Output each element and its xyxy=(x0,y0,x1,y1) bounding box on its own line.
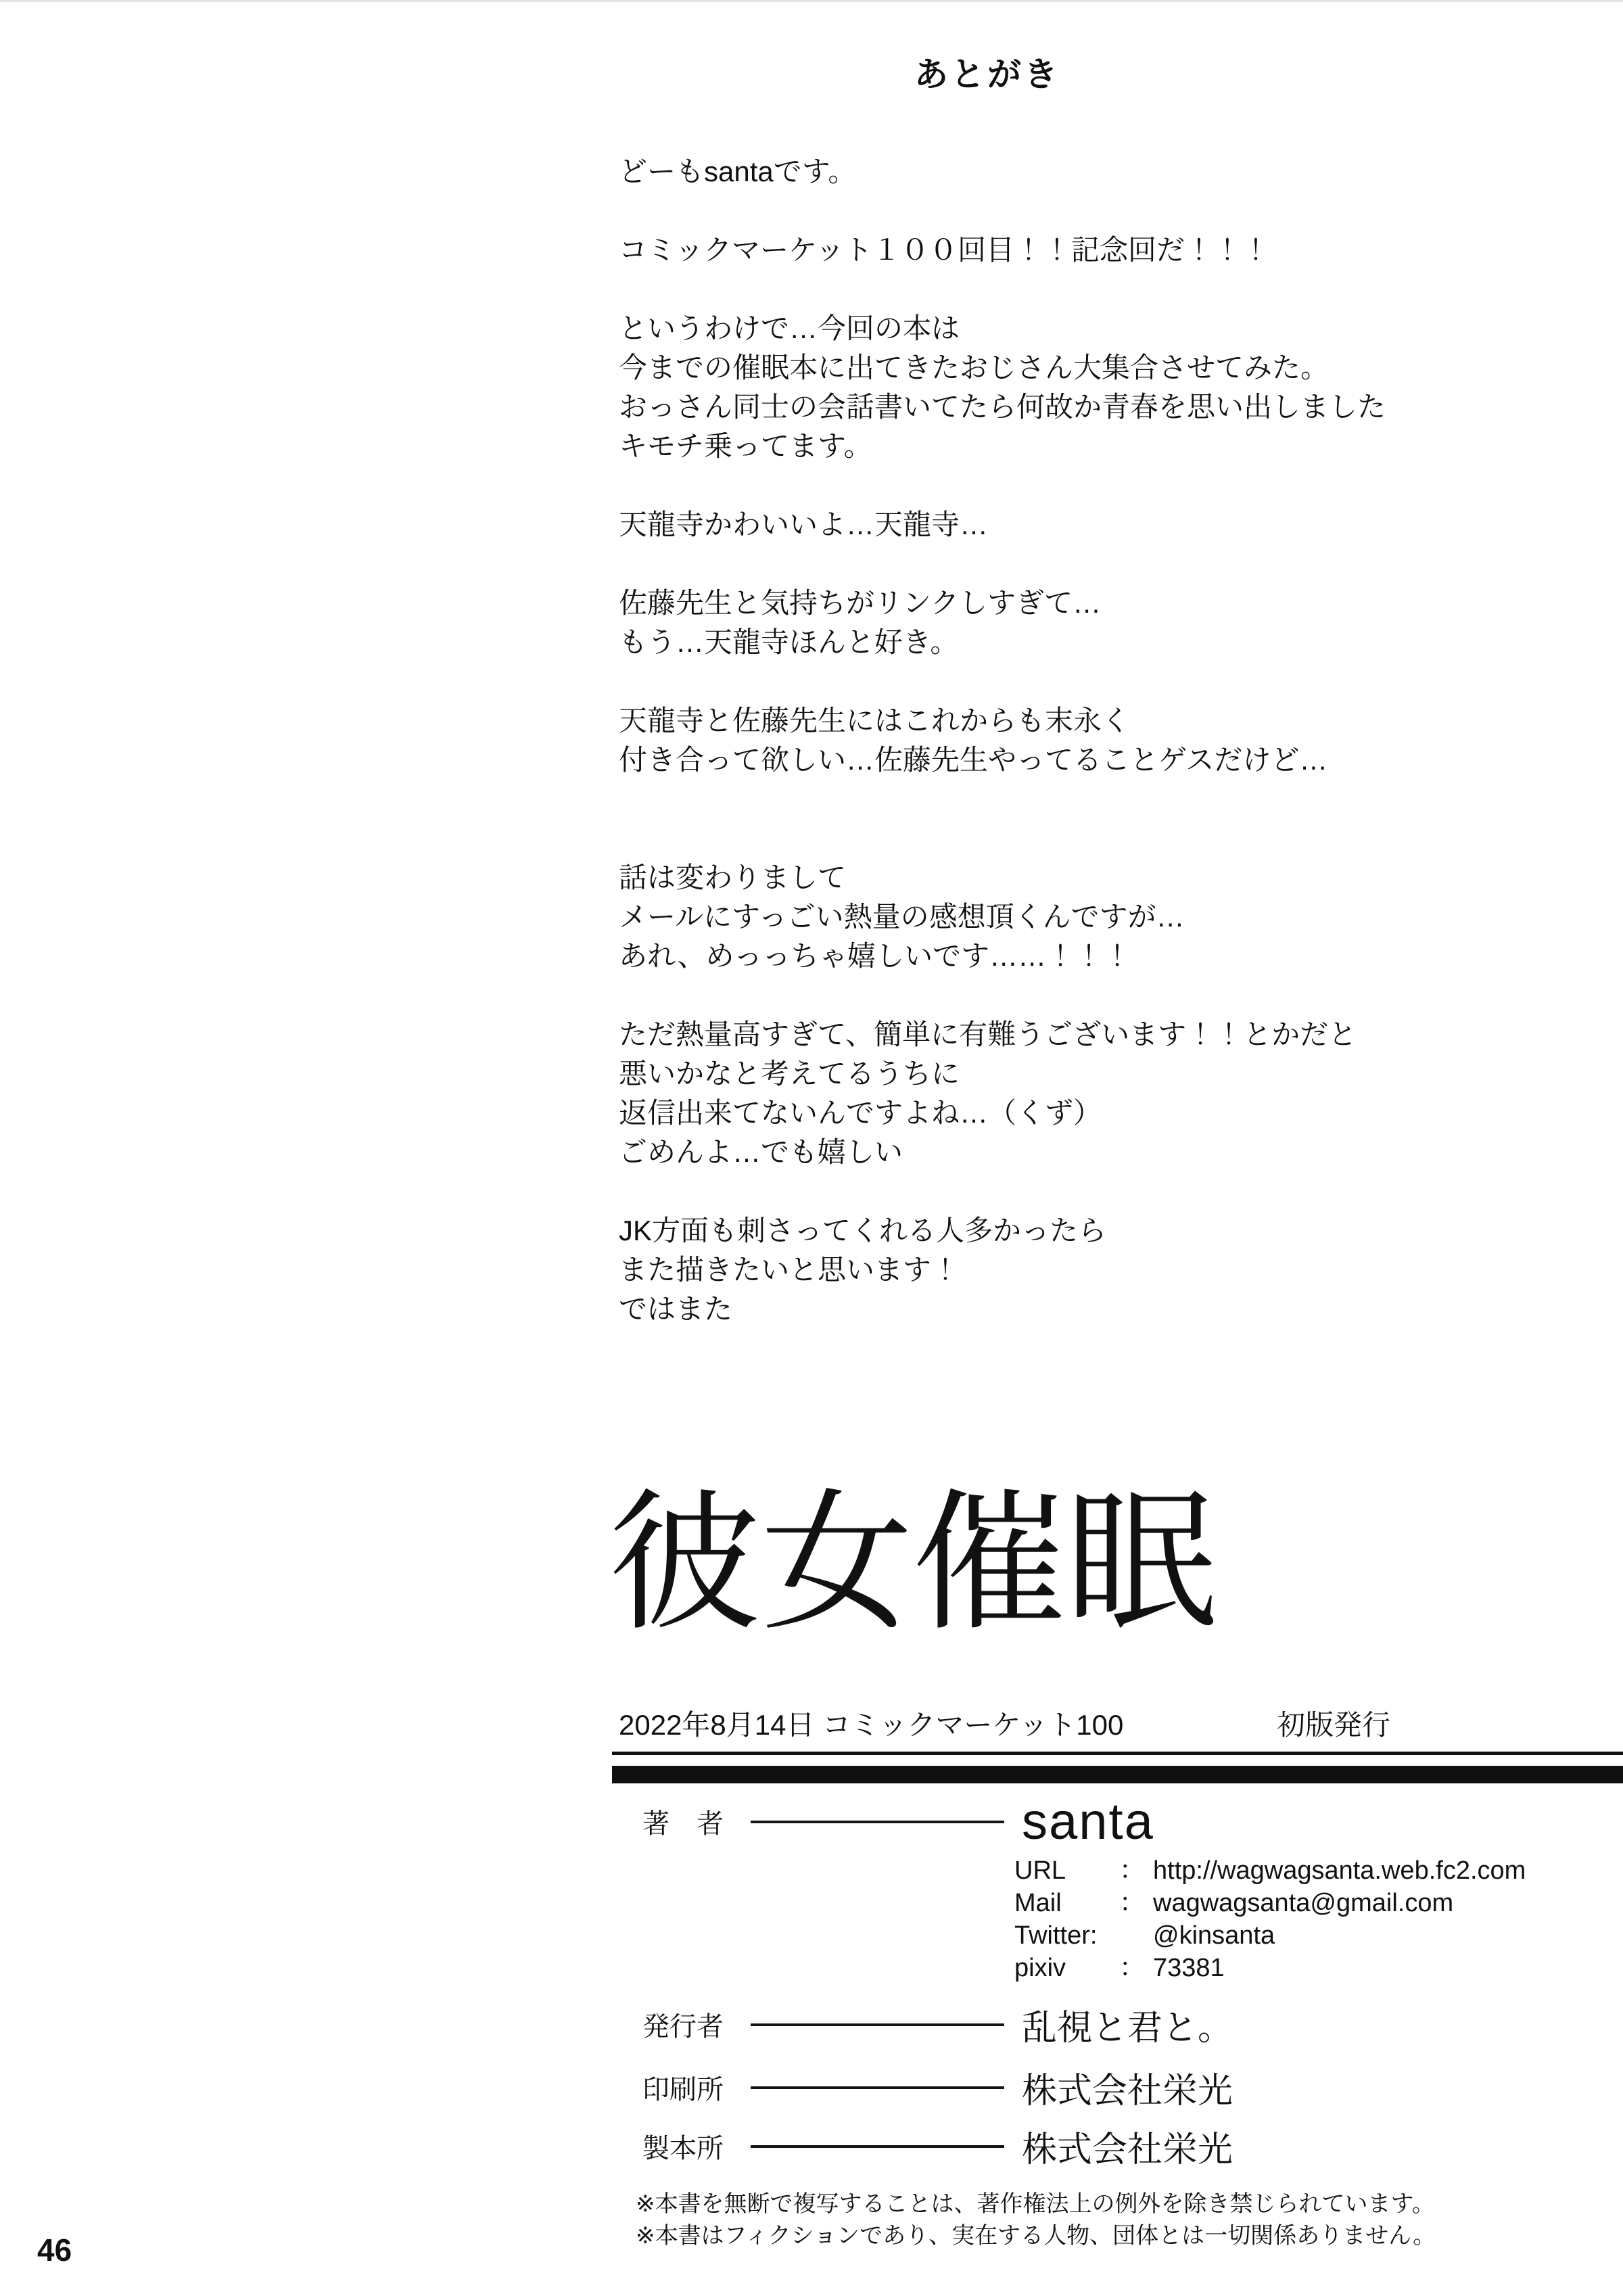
afterword-line: 返信出来てないんですよね…（くず） xyxy=(619,1097,1102,1129)
afterword-line: おっさん同士の会話書いてたら何故か青春を思い出しました xyxy=(619,391,1386,423)
afterword-line: 悪いかなと考えてるうちに xyxy=(619,1058,960,1090)
edition-label: 初版発行 xyxy=(1277,1703,1390,1743)
contact-separator: ： xyxy=(1119,1887,1153,1919)
contact-value-twitter: @kinsanta xyxy=(1153,1919,1275,1952)
afterword-line: 話は変わりまして xyxy=(619,862,846,893)
binder-name: 株式会社栄光 xyxy=(1022,2121,1233,2172)
afterword-paragraph: コミックマーケット１００回目！！記念回だ！！！ xyxy=(619,231,1623,270)
contact-value-mail: wagwagsanta@gmail.com xyxy=(1153,1887,1453,1919)
afterword-paragraph: 天龍寺と佐藤先生にはこれからも末永く 付き合って欲しい…佐藤先生やってることゲス… xyxy=(619,701,1623,780)
afterword-line: ごめんよ…でも嬉しい xyxy=(619,1136,903,1168)
contact-row-twitter: Twitter: @kinsanta xyxy=(1014,1919,1526,1952)
afterword-line: というわけで…今回の本は xyxy=(619,312,960,344)
contact-row-pixiv: pixiv ： 73381 xyxy=(1014,1952,1526,1984)
afterword-paragraph: 佐藤先生と気持ちがリンクしすぎて… もう…天龍寺ほんと好き。 xyxy=(619,584,1623,662)
printer-row: 印刷所 株式会社栄光 xyxy=(642,2062,1233,2113)
printer-dash-line xyxy=(751,2086,1004,2089)
publisher-name: 乱視と君と。 xyxy=(1022,1999,1233,2050)
afterword-paragraph: JK方面も刺さってくれる人多かったら また描きたいと思います！ ではまた xyxy=(619,1211,1623,1329)
binder-label: 製本所 xyxy=(642,2127,744,2165)
afterword-body: どーもsantaです。 コミックマーケット１００回目！！記念回だ！！！ というわ… xyxy=(619,152,1623,1329)
author-name: santa xyxy=(1022,1792,1154,1851)
divider-thin xyxy=(612,1752,1623,1755)
printer-label: 印刷所 xyxy=(642,2068,744,2107)
contact-row-mail: Mail ： wagwagsanta@gmail.com xyxy=(1014,1887,1526,1919)
author-label: 著 者 xyxy=(642,1802,744,1841)
afterword-line: ただ熱量高すぎて、簡単に有難うございます！！とかだと xyxy=(619,1018,1357,1050)
afterword-line: どーもsantaです。 xyxy=(619,156,856,187)
publication-date-row: 2022年8月14日 コミックマーケット100 初版発行 xyxy=(0,1703,1623,1743)
publisher-row: 発行者 乱視と君と。 xyxy=(642,1999,1233,2050)
printer-name: 株式会社栄光 xyxy=(1022,2062,1233,2113)
afterword-line: JK方面も刺さってくれる人多かったら xyxy=(619,1215,1106,1246)
contact-row-url: URL ： http://wagwagsanta.web.fc2.com xyxy=(1014,1854,1526,1887)
afterword-paragraph: 話は変わりまして メールにすっごい熱量の感想頂くんですが… あれ、めっっちゃ嬉し… xyxy=(619,858,1623,976)
contact-label: Mail xyxy=(1014,1887,1119,1919)
contact-separator: ： xyxy=(1119,1952,1153,1984)
afterword-line: ではまた xyxy=(619,1293,732,1325)
afterword-line: また描きたいと思います！ xyxy=(619,1254,960,1286)
contact-value-url: http://wagwagsanta.web.fc2.com xyxy=(1153,1854,1526,1887)
doujin-afterword-colophon-page: あとがき どーもsantaです。 コミックマーケット１００回目！！記念回だ！！！… xyxy=(0,0,1623,2296)
divider-thick xyxy=(612,1766,1623,1783)
publisher-label: 発行者 xyxy=(642,2005,744,2044)
author-row: 著 者 santa xyxy=(642,1792,1154,1851)
afterword-line: 天龍寺と佐藤先生にはこれからも末永く xyxy=(619,705,1130,736)
scan-edge-artifact xyxy=(0,0,1623,2)
afterword-paragraph: というわけで…今回の本は 今までの催眠本に出てきたおじさん大集合させてみた。 お… xyxy=(619,309,1623,466)
binder-dash-line xyxy=(751,2145,1004,2148)
afterword-line: コミックマーケット１００回目！！記念回だ！！！ xyxy=(619,234,1270,266)
legal-notes: ※本書を無断で複写することは、著作権法上の例外を除き禁じられています。 ※本書は… xyxy=(636,2188,1436,2252)
afterword-line: もう…天龍寺ほんと好き。 xyxy=(619,626,958,658)
afterword-paragraph: ただ熱量高すぎて、簡単に有難うございます！！とかだと 悪いかなと考えてるうちに … xyxy=(619,1015,1623,1172)
afterword-line: 付き合って欲しい…佐藤先生やってることゲスだけど… xyxy=(619,744,1327,776)
afterword-line: メールにすっごい熱量の感想頂くんですが… xyxy=(619,901,1185,933)
fiction-note: ※本書はフィクションであり、実在する人物、団体とは一切関係ありません。 xyxy=(636,2220,1436,2252)
afterword-paragraph: どーもsantaです。 xyxy=(619,152,1623,191)
afterword-line: 佐藤先生と気持ちがリンクしすぎて… xyxy=(619,587,1101,619)
contact-separator: ： xyxy=(1119,1854,1153,1887)
contact-label: URL xyxy=(1014,1854,1119,1887)
binder-row: 製本所 株式会社栄光 xyxy=(642,2121,1233,2172)
page-number: 46 xyxy=(37,2232,72,2268)
book-title: 彼女催眠 xyxy=(609,1481,1217,1649)
contact-label: pixiv xyxy=(1014,1952,1119,1984)
afterword-line: 天龍寺かわいいよ…天龍寺… xyxy=(619,509,988,540)
afterword-line: キモチ乗ってます。 xyxy=(619,430,872,462)
author-dash-line xyxy=(751,1821,1004,1823)
publisher-dash-line xyxy=(751,2023,1004,2026)
afterword-heading: あとがき xyxy=(914,47,1060,96)
author-contacts: URL ： http://wagwagsanta.web.fc2.com Mai… xyxy=(1014,1854,1526,1984)
contact-separator xyxy=(1119,1919,1153,1952)
copyright-note: ※本書を無断で複写することは、著作権法上の例外を除き禁じられています。 xyxy=(636,2188,1436,2220)
publication-date: 2022年8月14日 コミックマーケット100 xyxy=(619,1703,1123,1743)
contact-value-pixiv: 73381 xyxy=(1153,1952,1225,1984)
contact-label: Twitter: xyxy=(1014,1919,1119,1952)
afterword-line: 今までの催眠本に出てきたおじさん大集合させてみた。 xyxy=(619,352,1329,383)
afterword-line: あれ、めっっちゃ嬉しいです……！！！ xyxy=(619,940,1131,972)
afterword-paragraph: 天龍寺かわいいよ…天龍寺… xyxy=(619,505,1623,544)
